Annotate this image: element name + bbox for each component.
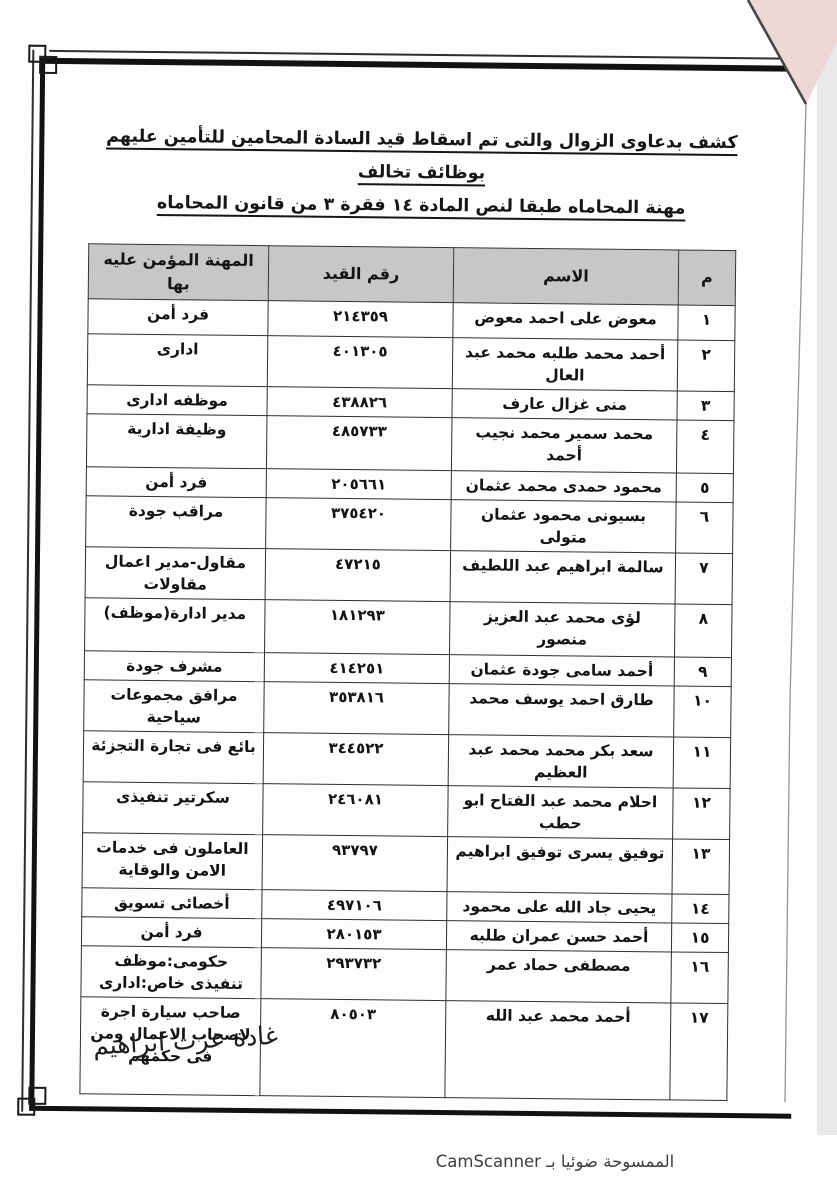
cell-serial: ٧ (675, 553, 733, 605)
cell-name: توفيق يسرى توفيق ابراهيم (447, 837, 673, 894)
cell-profession: حكومى:موظف تنفيذى خاص:ادارى (81, 946, 262, 999)
cell-serial: ١١ (673, 737, 731, 789)
cell-reg-no: ٤٧٢١٥ (265, 549, 451, 602)
cell-name: سعد بكر محمد محمد عبد العظيم (448, 735, 674, 788)
camscanner-watermark: الممسوحة ضوئيا بـ CamScanner (390, 1152, 720, 1171)
records-table: م الاسم رقم القيد المهنة المؤمن عليه بها… (79, 243, 736, 1101)
table-row: ٤ محمد سمير محمد نجيب أحمد ٤٨٥٧٣٣ وظيفة … (86, 414, 734, 474)
cell-reg-no: ٢٠٥٦٦١ (266, 469, 451, 500)
cell-profession: موظفه ادارى (87, 385, 267, 416)
table-row: ١١ سعد بكر محمد محمد عبد العظيم ٣٤٤٥٢٢ ب… (83, 731, 730, 789)
table-header-row: م الاسم رقم القيد المهنة المؤمن عليه بها (88, 244, 736, 306)
cell-reg-no: ٣٥٣٨١٦ (264, 682, 450, 735)
cell-serial: ٢ (677, 340, 735, 392)
cell-name: أحمد محمد طلبه محمد عبد العال (452, 338, 678, 391)
cell-reg-no: ٨٠٥٠٣ (260, 999, 446, 1098)
cell-serial: ١٦ (671, 952, 729, 1004)
cell-profession: سكرتير تنفيذى (83, 782, 264, 835)
table-row: ١٣ توفيق يسرى توفيق ابراهيم ٩٣٧٩٧ العامل… (82, 833, 730, 895)
cell-serial: ٩ (674, 657, 731, 687)
cell-serial: ٥ (676, 473, 733, 503)
table-row: ٢ أحمد محمد طلبه محمد عبد العال ٤٠١٣٠٥ ا… (87, 334, 734, 392)
header-serial: م (678, 250, 736, 306)
cell-name: أحمد محمد عبد الله (445, 1001, 671, 1100)
cell-reg-no: ١٨١٢٩٣ (265, 600, 451, 655)
cell-name: مصطفى حماد عمر (446, 950, 672, 1003)
cell-reg-no: ٢٨٠١٥٣ (261, 919, 446, 950)
cell-name: أحمد حسن عمران طلبه (446, 921, 671, 952)
cell-profession: ادارى (87, 334, 268, 387)
cell-profession: مراقب جودة (86, 496, 267, 549)
scanned-document-page: كشف بدعاوى الزوال والتى تم اسقاط قيد الس… (0, 0, 837, 1200)
cell-reg-no: ٤٨٥٧٣٣ (266, 416, 452, 471)
cell-profession: أخصائى تسويق (82, 888, 262, 919)
cell-serial: ٦ (676, 502, 734, 554)
frame-corner-square (28, 1087, 46, 1105)
header-profession: المهنة المؤمن عليه بها (88, 244, 269, 301)
cell-profession: مرافق مجموعات سياحية (84, 680, 265, 733)
header-reg-no: رقم القيد (268, 246, 454, 303)
cell-serial: ١٤ (672, 894, 729, 924)
table-row: ٨ لؤى محمد عبد العزيز منصور ١٨١٢٩٣ مدير … (85, 598, 733, 658)
cell-reg-no: ٤٩٧١٠٦ (262, 890, 447, 921)
cell-name: احلام محمد عبد الفتاح ابو حطب (448, 786, 674, 839)
cell-name: طارق احمد يوسف محمد (449, 684, 675, 737)
title-line-1: كشف بدعاوى الزوال والتى تم اسقاط قيد الس… (106, 126, 738, 183)
table-row: ١٢ احلام محمد عبد الفتاح ابو حطب ٢٤٦٠٨١ … (83, 782, 730, 840)
cell-name: لؤى محمد عبد العزيز منصور (450, 602, 676, 657)
cell-reg-no: ٢٩٣٧٣٢ (261, 948, 447, 1001)
cell-serial: ١٠ (674, 686, 732, 738)
cell-serial: ١٥ (671, 923, 728, 953)
cell-reg-no: ٤٠١٣٠٥ (267, 336, 453, 389)
cell-name: محمد سمير محمد نجيب أحمد (451, 418, 677, 473)
table-row: ٦ بسيونى محمود عثمان متولى ٣٧٥٤٢٠ مراقب … (86, 496, 733, 554)
cell-reg-no: ٢١٤٣٥٩ (268, 301, 453, 338)
cell-profession: العاملون فى خدمات الامن والوقاية (82, 833, 263, 890)
cell-name: محمود حمدى محمد عثمان (451, 471, 676, 502)
cell-serial: ١٧ (670, 1003, 728, 1101)
cell-serial: ١٣ (672, 839, 730, 895)
cell-reg-no: ٣٤٤٥٢٢ (263, 733, 449, 786)
cell-serial: ٨ (674, 604, 732, 658)
cell-profession: فرد أمن (88, 299, 268, 336)
cell-name: بسيونى محمود عثمان متولى (451, 500, 677, 553)
cell-reg-no: ٤١٤٢٥١ (264, 653, 449, 684)
paper-sheet: كشف بدعاوى الزوال والتى تم اسقاط قيد الس… (0, 0, 837, 1158)
table-row: ١٠ طارق احمد يوسف محمد ٣٥٣٨١٦ مرافق مجمو… (84, 680, 731, 738)
cell-reg-no: ٤٣٨٨٢٦ (267, 387, 452, 418)
cell-serial: ١ (678, 305, 735, 341)
cell-name: سالمة ابراهيم عبد اللطيف (450, 551, 676, 604)
frame-corner-square (39, 56, 57, 74)
table-row: ١٦ مصطفى حماد عمر ٢٩٣٧٣٢ حكومى:موظف تنفي… (81, 946, 728, 1004)
cell-name: أحمد سامى جودة عثمان (449, 655, 674, 686)
cell-profession: وظيفة ادارية (86, 414, 267, 469)
cell-serial: ٤ (676, 420, 734, 474)
document-title: كشف بدعاوى الزوال والتى تم اسقاط قيد الس… (94, 120, 750, 226)
table-row: ٧ سالمة ابراهيم عبد اللطيف ٤٧٢١٥ مقاول-م… (85, 547, 732, 605)
cell-profession: مشرف جودة (84, 651, 264, 682)
cell-profession: بائع فى تجارة التجزئة (83, 731, 264, 784)
cell-reg-no: ٢٤٦٠٨١ (263, 784, 449, 837)
cell-profession: فرد أمن (86, 467, 266, 498)
cell-profession: مقاول-مدير اعمال مقاولات (85, 547, 266, 600)
cell-profession: فرد أمن (81, 917, 261, 948)
header-name: الاسم (453, 248, 679, 305)
title-line-2: مهنة المحاماه طبقا لنص المادة ١٤ فقرة ٣ … (157, 193, 686, 219)
cell-name: معوض على احمد معوض (453, 303, 678, 340)
cell-name: يحيى جاد الله على محمود (447, 892, 672, 923)
cell-serial: ١٢ (673, 788, 731, 840)
cell-reg-no: ٩٣٧٩٧ (262, 835, 448, 892)
cell-serial: ٣ (677, 391, 734, 421)
cell-name: منى غزال عارف (452, 389, 677, 420)
cell-reg-no: ٣٧٥٤٢٠ (266, 498, 452, 551)
cell-profession: مدير ادارة(موظف) (85, 598, 266, 653)
